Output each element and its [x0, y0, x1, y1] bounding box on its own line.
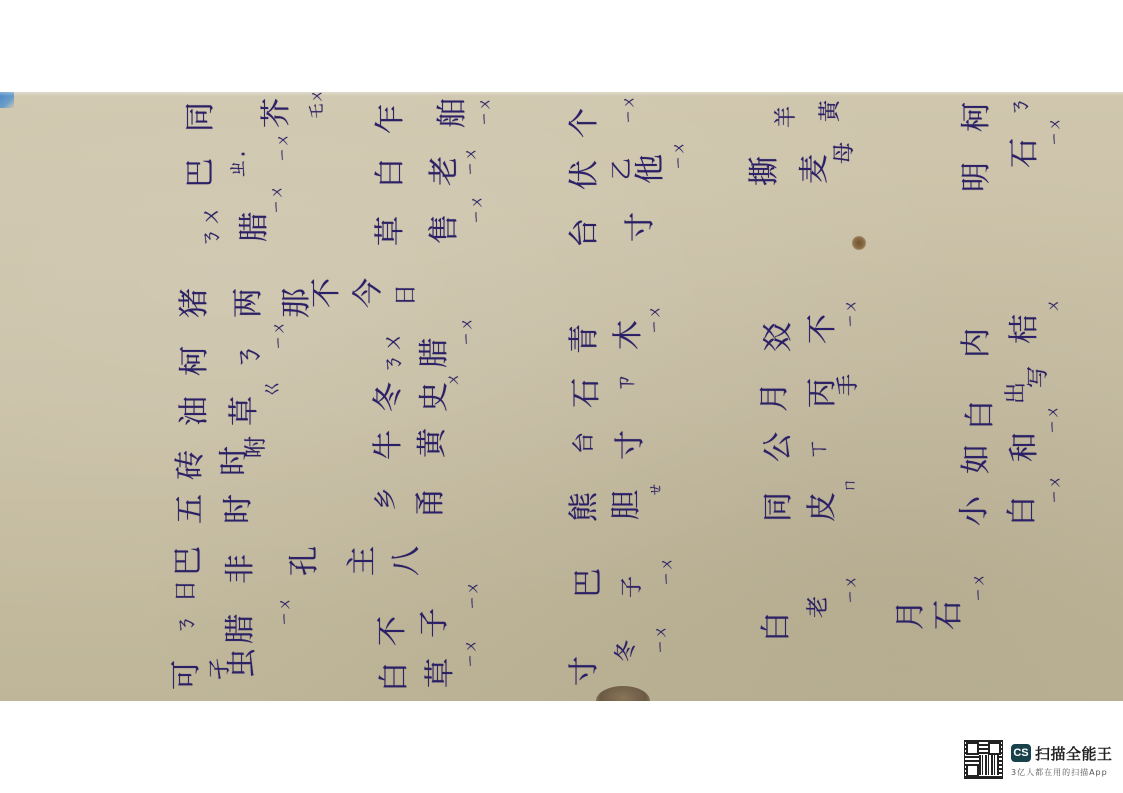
- handwritten-glyph: 母: [834, 142, 856, 164]
- handwritten-glyph: ㄧㄨ: [622, 94, 637, 124]
- handwritten-glyph: 皮: [808, 492, 838, 522]
- handwritten-glyph: 寸: [616, 430, 646, 460]
- handwritten-glyph: 石: [934, 600, 964, 630]
- handwritten-glyph: ㄧㄨ: [464, 638, 479, 668]
- handwritten-glyph: 两: [234, 288, 264, 318]
- handwritten-glyph: ㄇ: [842, 478, 857, 493]
- handwritten-glyph: 可: [172, 660, 202, 690]
- handwritten-glyph: 腊: [420, 338, 450, 368]
- handwritten-glyph: 八: [392, 546, 422, 576]
- handwritten-glyph: 乡: [376, 488, 398, 510]
- handwritten-glyph: 如: [962, 444, 992, 474]
- handwritten-glyph: 同: [764, 492, 794, 522]
- handwritten-glyph: 石: [572, 378, 602, 408]
- handwritten-glyph: 不: [808, 314, 838, 344]
- scanned-page: 同 芥 乇ㄨ 巴 ㄓ. ㄧㄨ ㄧㄨ ㄋㄨ 腊 乍 舶 ㄧㄨ 白 老 ㄧㄨ 草 售…: [0, 92, 1123, 701]
- handwritten-glyph: ㄝ: [648, 482, 663, 497]
- handwritten-glyph: 台: [574, 432, 596, 454]
- handwritten-glyph: ㄧㄨ: [1048, 116, 1063, 146]
- handwritten-glyph: 今: [354, 278, 384, 308]
- handwritten-glyph: 草: [376, 216, 406, 246]
- handwritten-glyph: ㄧㄨ: [648, 304, 663, 334]
- cs-logo-icon: CS: [1011, 744, 1031, 762]
- thumb-shadow: [596, 686, 650, 701]
- handwritten-glyph: ㄧㄨ: [278, 596, 293, 626]
- handwritten-glyph: 油: [180, 396, 210, 426]
- handwritten-glyph: ㄧㄨ: [478, 96, 493, 126]
- handwritten-glyph: ㄧㄨ: [844, 298, 859, 328]
- handwritten-glyph: 腊: [240, 212, 270, 242]
- handwritten-glyph: 日: [176, 580, 198, 602]
- handwritten-glyph: 他: [636, 154, 666, 184]
- page-edge: [0, 92, 1123, 96]
- handwritten-glyph: 和: [1010, 432, 1040, 462]
- handwritten-glyph: ㄒ: [808, 438, 830, 460]
- handwritten-glyph: 㸚: [764, 322, 794, 352]
- handwritten-glyph: 白: [762, 612, 792, 642]
- handwritten-glyph: 售: [430, 214, 460, 244]
- handwritten-glyph: 黄: [418, 428, 448, 458]
- handwritten-glyph: 胆: [612, 490, 642, 520]
- handwritten-glyph: 草: [426, 658, 456, 688]
- handwritten-glyph: ㄧㄨ: [270, 184, 285, 214]
- handwritten-glyph: ㄧㄨ: [654, 624, 669, 654]
- handwritten-glyph: 甬: [416, 488, 446, 518]
- handwritten-glyph: 草: [230, 396, 260, 426]
- handwritten-glyph: 寸: [570, 656, 600, 686]
- handwritten-glyph: 黃: [820, 100, 842, 122]
- handwritten-glyph: ㄧㄨ: [464, 146, 479, 176]
- handwritten-glyph: 子: [420, 608, 450, 638]
- handwritten-glyph: 撕: [750, 156, 780, 186]
- handwritten-glyph: 白: [376, 158, 406, 188]
- handwritten-glyph: ㄍ: [262, 378, 284, 400]
- handwritten-glyph: 冬: [616, 640, 638, 662]
- handwritten-glyph: 芥: [262, 98, 292, 128]
- handwritten-glyph: 柯: [962, 102, 992, 132]
- handwritten-glyph: 孔: [290, 546, 320, 576]
- handwritten-glyph: ㄓ.: [228, 151, 250, 180]
- handwritten-glyph: 青: [570, 324, 600, 354]
- handwritten-glyph: 乙: [612, 158, 634, 180]
- handwritten-glyph: ㄧㄨ: [1046, 404, 1061, 434]
- handwritten-glyph: 手: [838, 374, 860, 396]
- handwritten-glyph: 巴: [174, 546, 204, 576]
- handwritten-glyph: 牛: [374, 430, 404, 460]
- handwritten-glyph: 石: [1010, 138, 1040, 168]
- handwritten-glyph: 个: [570, 108, 600, 138]
- handwritten-glyph: 猪: [180, 288, 210, 318]
- handwritten-glyph: 白: [1008, 496, 1038, 526]
- handwritten-glyph: 白: [966, 400, 996, 430]
- handwritten-glyph: 丙: [808, 378, 838, 408]
- handwritten-glyph: 那: [282, 288, 312, 318]
- handwritten-glyph: ㄧㄨ: [972, 572, 987, 602]
- handwritten-glyph: 老: [430, 156, 460, 186]
- handwritten-glyph: 咐: [246, 436, 268, 458]
- qr-code-icon: [965, 741, 1002, 778]
- handwritten-glyph: 舶: [438, 98, 468, 128]
- handwritten-glyph: 小: [960, 496, 990, 526]
- handwritten-glyph: 日: [396, 284, 418, 306]
- handwritten-glyph: 非: [226, 554, 256, 584]
- handwritten-glyph: 写: [1028, 366, 1050, 388]
- handwritten-glyph: ㄋ: [234, 342, 264, 372]
- handwritten-glyph: 公: [764, 432, 794, 462]
- handwritten-glyph: 白: [380, 662, 410, 692]
- handwritten-glyph: ㄧㄨ: [272, 320, 287, 350]
- handwritten-glyph: 老: [808, 596, 830, 618]
- handwritten-glyph: 出: [1006, 382, 1028, 404]
- handwritten-glyph: 五: [176, 494, 206, 524]
- handwritten-glyph: 木: [614, 320, 644, 350]
- handwritten-glyph: ㄧㄨ: [466, 580, 481, 610]
- handwritten-glyph: 主: [348, 546, 378, 576]
- handwritten-glyph: 麦: [800, 154, 830, 184]
- handwritten-glyph: 乇ㄨ: [310, 92, 325, 119]
- handwritten-glyph: 乍: [376, 104, 406, 134]
- handwritten-glyph: 不: [378, 616, 408, 646]
- handwritten-glyph: ㄨ: [446, 372, 461, 387]
- handwritten-glyph: 熊: [570, 492, 600, 522]
- handwritten-glyph: 时: [224, 494, 254, 524]
- brand-tagline: 3亿人都在用的扫描App: [1011, 767, 1108, 778]
- handwritten-glyph: 桔: [1010, 314, 1040, 344]
- handwritten-glyph: 砖: [176, 450, 206, 480]
- handwritten-glyph: 台: [570, 218, 600, 248]
- handwritten-glyph: 羊: [776, 106, 798, 128]
- handwritten-glyph: 腊: [226, 614, 256, 644]
- handwritten-glyph: ㄧㄨ: [844, 574, 859, 604]
- handwritten-glyph: ㄗ: [616, 372, 638, 394]
- handwritten-glyph: ㄧㄨ: [460, 316, 475, 346]
- handwritten-glyph: 冬: [374, 382, 404, 412]
- handwritten-glyph: 子: [622, 576, 644, 598]
- handwritten-glyph: ㄨ: [1046, 298, 1061, 313]
- camscanner-watermark: CS 扫描全能王 3亿人都在用的扫描App: [965, 741, 1123, 781]
- handwritten-glyph: 不: [312, 278, 342, 308]
- handwritten-glyph: 伏: [570, 160, 600, 190]
- handwritten-glyph: ㄋ: [176, 614, 198, 636]
- handwritten-glyph: 内: [962, 328, 992, 358]
- handwritten-glyph: ㄧㄨ: [672, 140, 687, 170]
- handwritten-glyph: ㄧㄨ: [1048, 474, 1063, 504]
- handwritten-glyph: ㄧㄨ: [660, 556, 675, 586]
- handwritten-glyph: 虫: [228, 648, 258, 678]
- handwritten-glyph: 巴: [574, 568, 604, 598]
- handwritten-glyph: 同: [186, 102, 216, 132]
- handwritten-glyph: 寸: [626, 212, 656, 242]
- brand-name: 扫描全能王: [1035, 743, 1113, 764]
- handwritten-glyph: ㄋㄨ: [383, 331, 405, 375]
- handwritten-glyph: ㄧㄨ: [276, 132, 291, 162]
- handwritten-glyph: 巴: [186, 158, 216, 188]
- handwritten-glyph: ㄋ: [1010, 96, 1032, 118]
- handwritten-glyph: 柯: [180, 346, 210, 376]
- handwritten-glyph: 月: [896, 600, 926, 630]
- handwritten-glyph: 月: [760, 382, 790, 412]
- handwritten-glyph: ㄧㄨ: [470, 194, 485, 224]
- handwritten-glyph: ㄋㄨ: [201, 205, 223, 249]
- ink-stain: [852, 236, 866, 250]
- handwritten-glyph: 明: [962, 162, 992, 192]
